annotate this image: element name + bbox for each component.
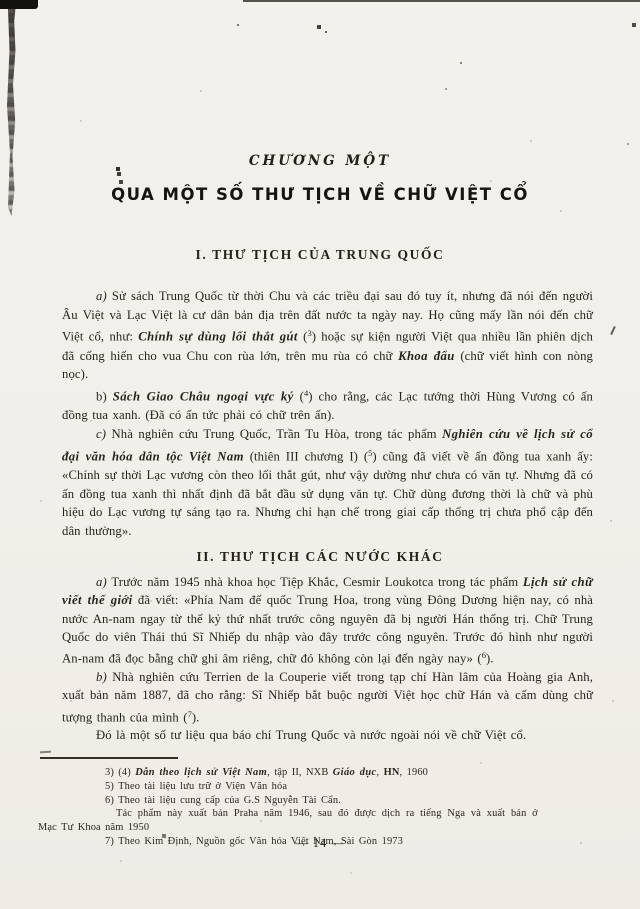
scan-slash-speck (610, 326, 616, 335)
text-segment: đã viết: «Phía Nam đế quốc Trung Hoa, tr… (62, 593, 593, 665)
text-segment: ). (192, 710, 200, 724)
text-segment: 6) Theo tài liệu cung cấp của G.S Nguyễn… (105, 795, 341, 806)
section-1-body: a) Sử sách Trung Quốc từ thời Chu và các… (62, 287, 593, 541)
paragraph: a) Trước năm 1945 nhà khoa học Tiệp Khắc… (62, 573, 593, 668)
scan-top-edge-line (243, 0, 640, 2)
text-segment: Nhà nghiên cứu Terrien de la Couperie vi… (62, 670, 593, 724)
text-segment: 3) (4) (105, 767, 135, 778)
text-segment: ). (486, 652, 494, 666)
scan-dash-speck (40, 751, 51, 754)
text-segment: Chính sự dùng lối thắt gút (138, 330, 298, 344)
text-segment: a) (96, 289, 112, 303)
text-segment: Khoa đẩu (398, 349, 455, 363)
paragraph: Đó là một số tư liệu qua báo chí Trung Q… (62, 726, 593, 744)
text-segment: Sách Giao Châu ngoại vực ký (113, 390, 294, 404)
text-segment: Tác phẩm này xuất bản Praha năm 1946, sa… (116, 808, 538, 819)
footnote-line: Mạc Tư Khoa năm 1950 (38, 821, 639, 835)
chapter-label: CHƯƠNG MỘT (0, 153, 640, 169)
text-segment: 5) Theo tài liệu lưu trữ ở Viện Văn hóa (105, 781, 287, 792)
text-segment: b) (96, 390, 113, 404)
text-segment: , 1960 (400, 767, 428, 778)
footnote-line: 6) Theo tài liệu cung cấp của G.S Nguyễn… (38, 794, 639, 808)
paragraph: b) Nhà nghiên cứu Terrien de la Couperie… (62, 668, 593, 726)
text-segment: , tập II, NXB (267, 767, 333, 778)
text-segment: Dẫn theo lịch sử Việt Nam (135, 767, 267, 778)
text-segment: Mạc Tư Khoa năm 1950 (38, 822, 149, 833)
section-2-heading: II. THƯ TỊCH CÁC NƯỚC KHÁC (0, 549, 640, 565)
scanned-book-page: CHƯƠNG MỘT QUA MỘT SỐ THƯ TỊCH VỀ CHỮ VI… (0, 0, 640, 909)
footnote-line: 5) Theo tài liệu lưu trữ ở Viện Văn hóa (38, 780, 639, 794)
footnote-line: 3) (4) Dẫn theo lịch sử Việt Nam, tập II… (38, 766, 639, 780)
scan-corner-artifact (0, 0, 38, 9)
text-segment: ( (298, 330, 308, 344)
paragraph: b) Sách Giao Châu ngoại vực ký (4) cho r… (62, 384, 593, 425)
text-segment: c) (96, 427, 112, 441)
page-number: — 14 — (0, 836, 640, 851)
text-segment: , (377, 767, 384, 778)
paragraph: c) Nhà nghiên cứu Trung Quốc, Trần Tu Hò… (62, 425, 593, 541)
scan-noise-specks (0, 0, 2, 2)
text-segment: Trước năm 1945 nhà khoa học Tiệp Khắc, C… (111, 575, 522, 589)
footnote-separator-rule (40, 757, 178, 759)
text-segment: (thiên III chương I) ( (244, 449, 368, 463)
section-2-body: a) Trước năm 1945 nhà khoa học Tiệp Khắc… (62, 573, 593, 745)
text-segment: Đó là một số tư liệu qua báo chí Trung Q… (96, 728, 526, 742)
text-segment: a) (96, 575, 111, 589)
text-segment: HN (384, 767, 400, 778)
section-1-heading: I. THƯ TỊCH CỦA TRUNG QUỐC (0, 247, 640, 263)
text-segment: Nhà nghiên cứu Trung Quốc, Trần Tu Hòa, … (112, 427, 443, 441)
text-segment: Giáo dục (333, 767, 377, 778)
text-segment: ( (294, 390, 304, 404)
page-title: QUA MỘT SỐ THƯ TỊCH VỀ CHỮ VIỆT CỔ (0, 185, 640, 204)
text-segment: b) (96, 670, 112, 684)
footnote-line: Tác phẩm này xuất bản Praha năm 1946, sa… (38, 807, 639, 821)
paragraph: a) Sử sách Trung Quốc từ thời Chu và các… (62, 287, 593, 384)
